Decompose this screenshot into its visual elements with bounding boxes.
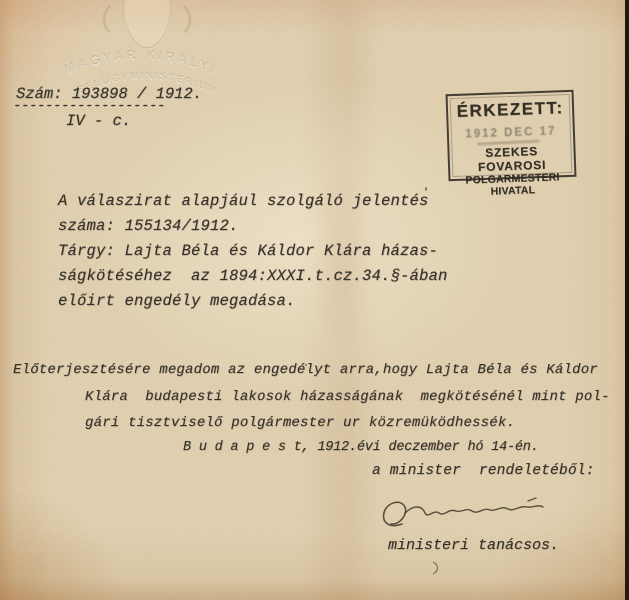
ink-speck — [305, 364, 307, 366]
scanned-letter-page: MAGYAR KIRÁLYI MAGYAR KIRÁLYI BELÜGYMINI… — [0, 0, 629, 600]
pen-mark — [430, 560, 442, 576]
photo-edge — [625, 0, 629, 600]
subject-line: előirt engedély megadása. — [58, 292, 296, 311]
body-line: gári tisztviselő polgármester ur közremü… — [85, 415, 515, 432]
dateline: B u d a p e s t, 1912.évi deczember hó 1… — [183, 440, 539, 456]
stamp-office-line1: SZEKES FOVAROSI — [449, 143, 574, 175]
stamp-office-line2: POLGARMESTERI HIVATAL — [450, 171, 575, 199]
subject-line: ságkötéséhez az 1894:XXXI.t.cz.34.§-ában — [58, 267, 448, 286]
section-code: IV - c. — [66, 112, 131, 131]
subject-line: Tárgy: Lajta Béla és Káldor Klára házas- — [58, 242, 438, 261]
stamp-date: 1912 DEC 17 — [449, 125, 573, 141]
subject-line: száma: 155134/1912. — [58, 217, 239, 236]
authority-line: a minister rendeletéből: — [372, 463, 595, 480]
arrival-stamp: ÉRKEZETT: 1912 DEC 17 SZEKES FOVAROSI PO… — [446, 90, 577, 181]
body-line: Klára budapesti lakosok házasságának meg… — [85, 389, 610, 406]
ink-speck — [421, 251, 423, 253]
signature-title: ministeri tanácsos. — [388, 537, 559, 555]
signature — [372, 497, 562, 535]
subject-line: A válaszirat alapjául szolgáló jelentés — [58, 192, 429, 211]
ink-speck — [425, 187, 427, 191]
stamp-title: ÉRKEZETT: — [448, 98, 573, 122]
seal-crest — [104, 0, 190, 49]
